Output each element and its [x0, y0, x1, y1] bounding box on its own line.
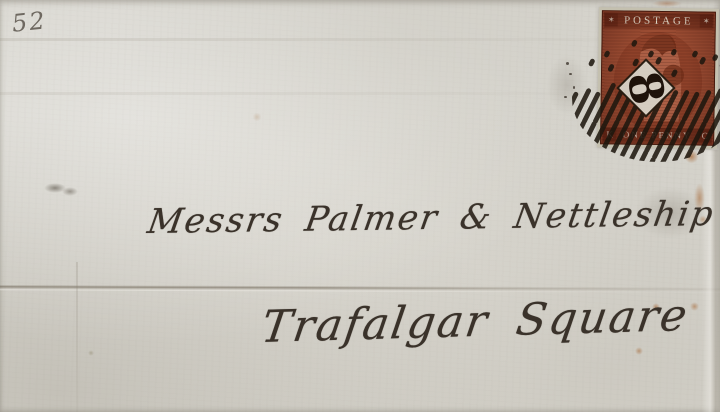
ink-speck	[573, 86, 575, 89]
stamp-engraving-texture	[601, 11, 715, 145]
pencil-number-note: 52	[11, 6, 48, 37]
ink-speck	[564, 96, 567, 98]
address-line-recipient: Messrs Palmer & Nettleship	[145, 194, 718, 242]
ink-speck	[569, 73, 572, 75]
penny-red-stamp: POSTAGE ONE PENNY ✶ ✶ K C	[597, 7, 719, 149]
ink-speck	[566, 62, 569, 65]
stamp-design: POSTAGE ONE PENNY ✶ ✶ K C	[600, 10, 716, 146]
scanned-postal-cover-photo: 52 Messrs Palmer & Nettleship Trafalgar …	[0, 0, 720, 412]
